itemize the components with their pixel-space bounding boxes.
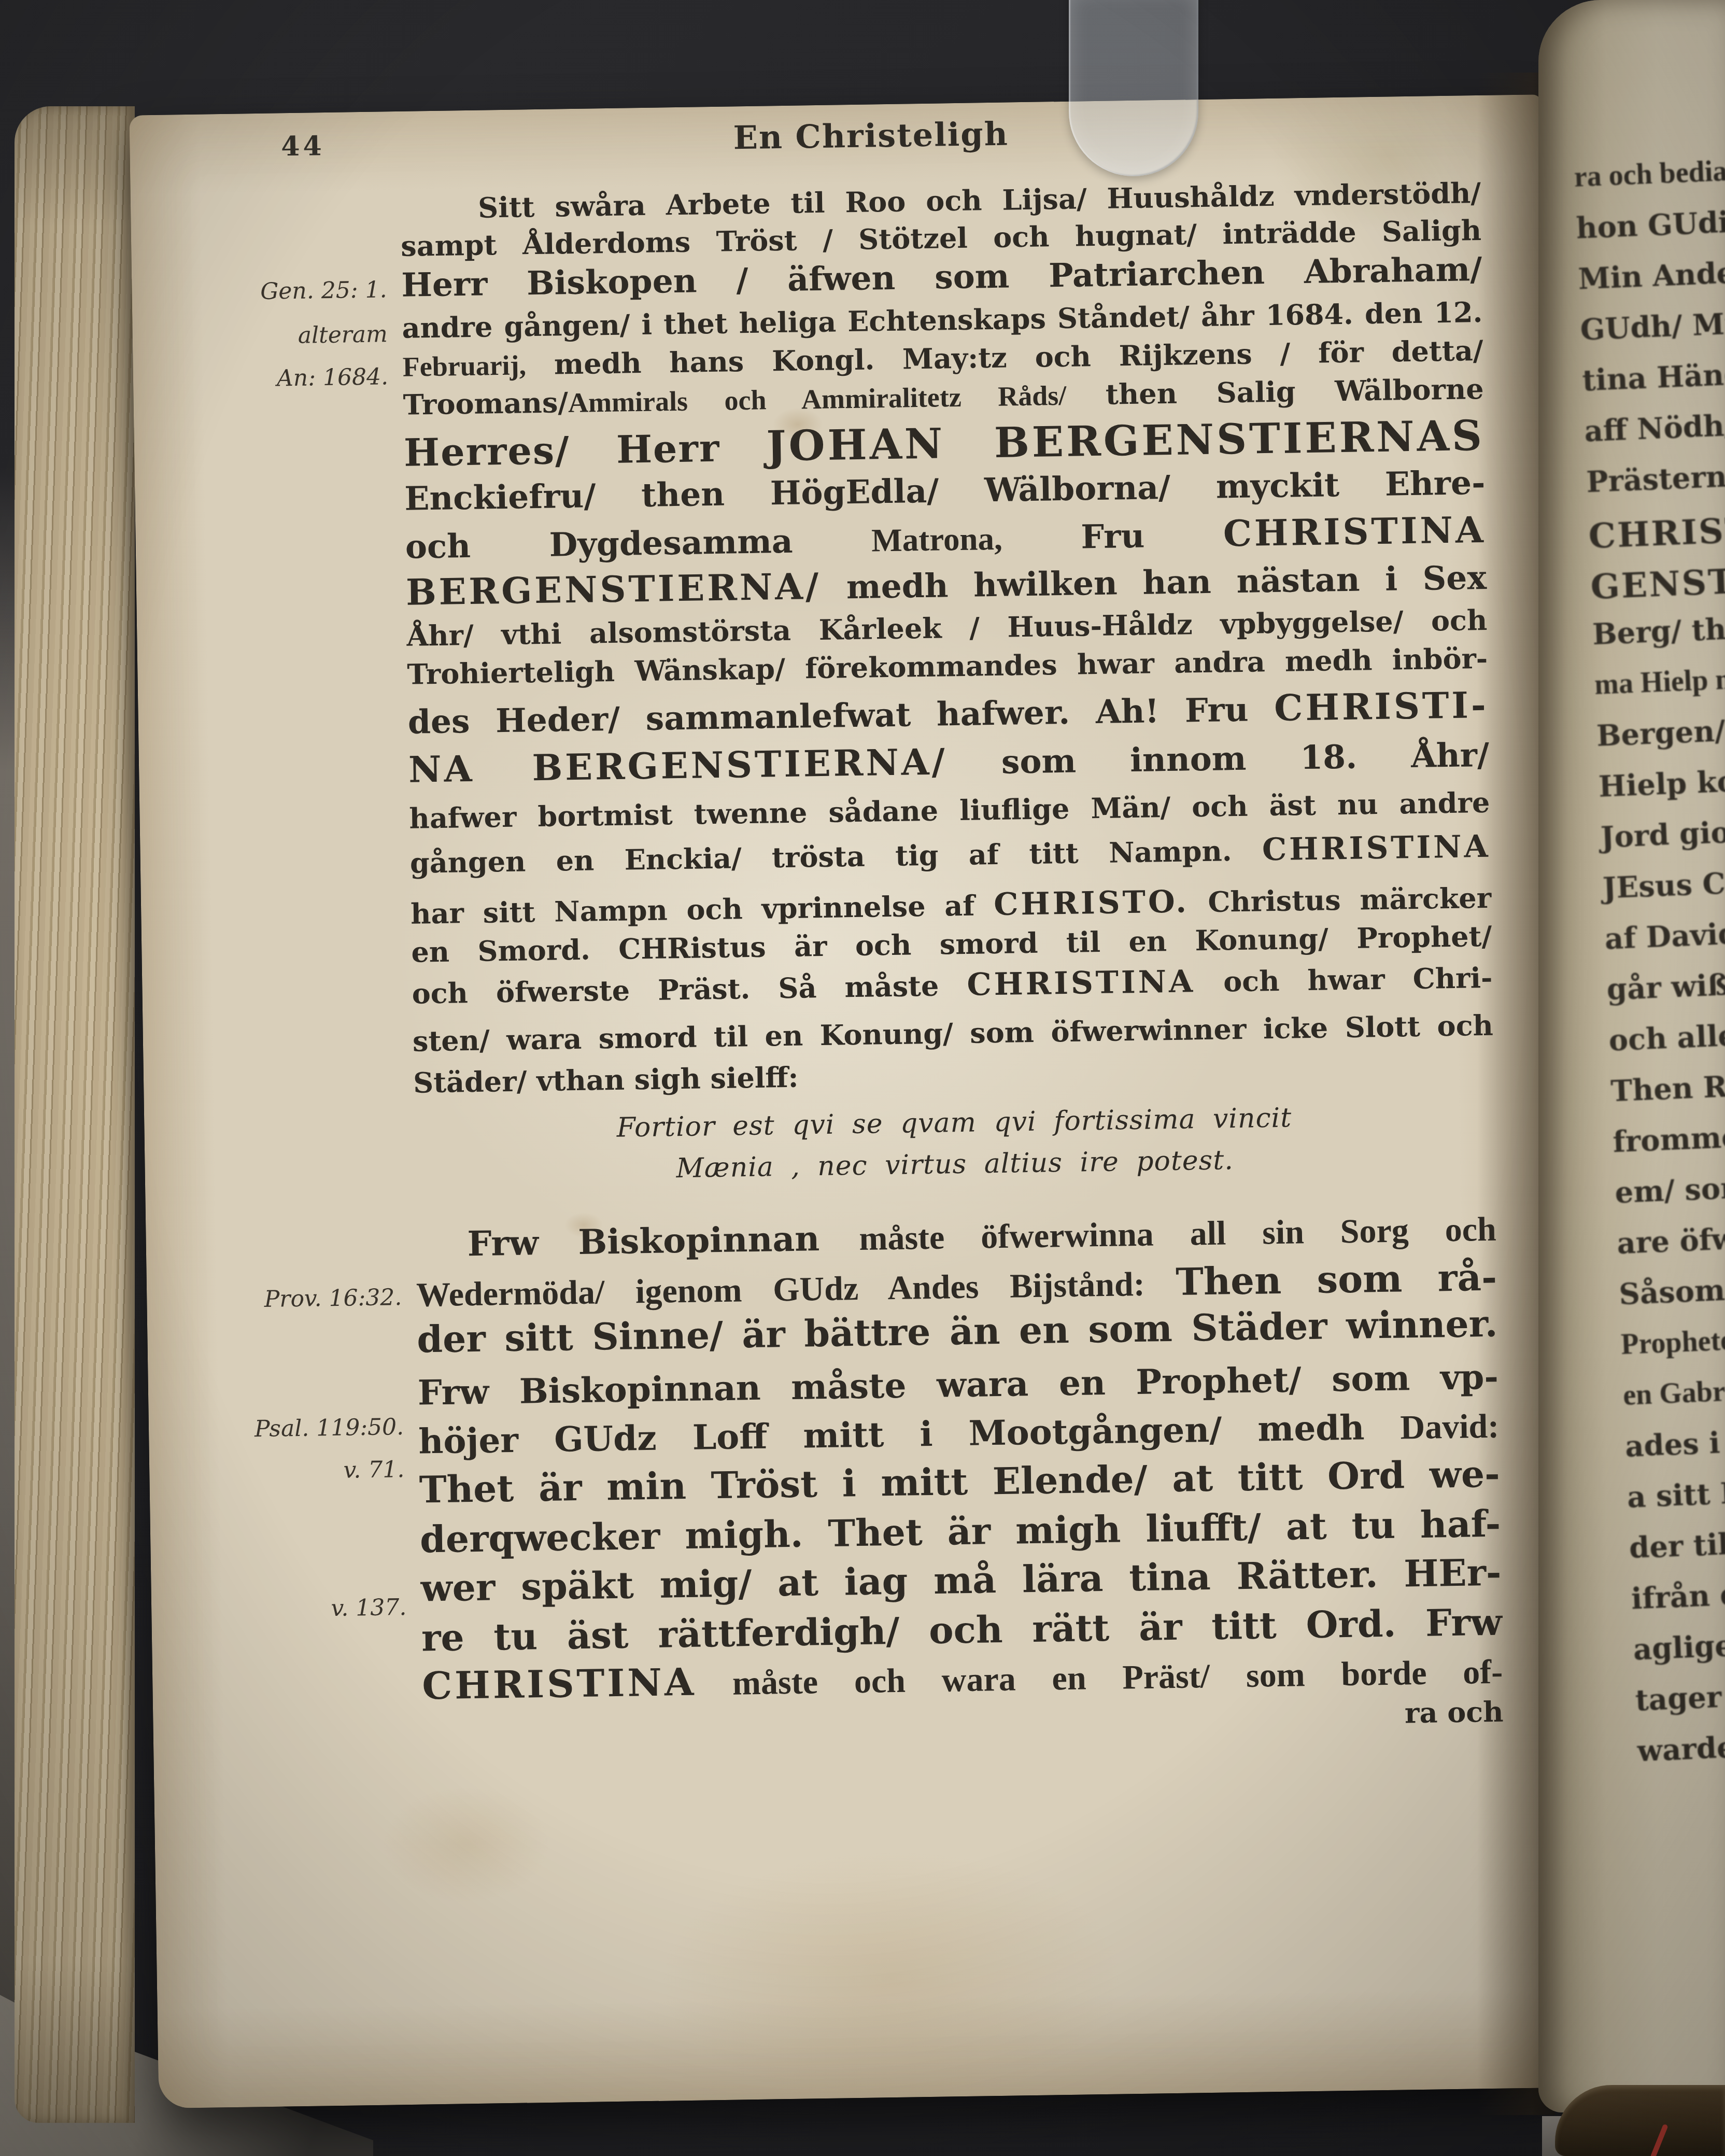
body-text-segment: Fortior est qvi se qvam qvi fortissima v… bbox=[616, 1103, 1292, 1144]
body-text-segment: Christus märcker bbox=[1189, 881, 1491, 919]
recto-line-fragment: ades i Moderlijfwe bbox=[1624, 1418, 1725, 1464]
body-text-segment: sten/ wara smord til en Konung/ som öfwe… bbox=[412, 1009, 1493, 1058]
body-line: Thet är min Tröst i mitt Elende/ at titt… bbox=[419, 1454, 1500, 1511]
body-line: gången en Enckia/ trösta tig af titt Nam… bbox=[409, 829, 1491, 880]
body-text-segment: BERGENSTIERNA/ bbox=[406, 566, 822, 614]
recto-line-fragment: Såsom nu bbox=[1618, 1271, 1725, 1312]
verso-page: 44 En Christeligh Gen. 25: 1.alteramAn: … bbox=[129, 94, 1571, 2108]
recto-line-fragment: ifrån den ene Ähre. S bbox=[1631, 1568, 1725, 1616]
body-line: BERGENSTIERNA/ medh hwilken han nästan i… bbox=[406, 557, 1487, 613]
body-text-segment: och öfwerste Präst. Så måste bbox=[412, 969, 967, 1010]
recto-line-fragment: warder aff Gudi bbox=[1637, 1724, 1725, 1769]
body-text-segment: har sitt Nampn och vprinnelse af bbox=[411, 889, 994, 931]
body-line: Mænia , nec virtus altius ire potest. bbox=[414, 1142, 1495, 1188]
body-line: des Heder/ sammanlefwat hafwer. Ah! Fru … bbox=[407, 685, 1489, 742]
body-text-segment: Ah! Fru bbox=[1095, 690, 1274, 731]
transparent-page-weight bbox=[1069, 0, 1198, 176]
body-text-segment: Wedermöda/ igenom GUdz Andes Bijstånd: bbox=[416, 1265, 1176, 1314]
body-text-segment: Städer/ vthan sigh sielff: bbox=[413, 1061, 799, 1100]
recto-line-fragment: Then Rättferdig bbox=[1610, 1064, 1725, 1108]
leather-cover-corner bbox=[1555, 2085, 1725, 2156]
body-lines: Sitt swåra Arbete til Roo och Lijsa/ Huu… bbox=[129, 94, 1571, 2108]
body-text-segment: Fru bbox=[1002, 515, 1223, 557]
recto-line-fragment: Prästerna sku bbox=[1586, 456, 1725, 500]
body-line: höjer GUdz Loff mitt i Mootgången/ medh … bbox=[418, 1407, 1500, 1462]
recto-line-fragment: hon GUdi således: bbox=[1576, 200, 1725, 246]
body-text-segment: CHRISTINA bbox=[967, 963, 1196, 1003]
recto-line-fragment: CHRISTINA bbox=[1588, 506, 1725, 557]
body-text-segment: CHRISTINA bbox=[1223, 509, 1486, 555]
recto-line-fragment: Hielp kommer ifrå bbox=[1598, 758, 1725, 804]
recto-line-fragment: Propheterne nembd bbox=[1620, 1318, 1725, 1361]
body-line: Frw Biskopinnan måste wara en Prophet/ s… bbox=[417, 1358, 1498, 1413]
recto-line-fragment: och alle Gudfruchtigas bbox=[1608, 1009, 1725, 1058]
recto-line-fragment: are öfwer Isra bbox=[1616, 1218, 1725, 1261]
recto-line-fragment: Berg/ thet är/ GU bbox=[1592, 606, 1725, 652]
body-text-segment: Februarij, bbox=[402, 349, 526, 383]
body-text-segment: re tu äst rättferdigh/ och rätt är titt … bbox=[421, 1600, 1502, 1660]
recto-line-fragment: GENSTIERN bbox=[1590, 557, 1725, 607]
body-text-segment: Ammirals och Ammiralitetz Råds/ bbox=[568, 380, 1067, 418]
body-text-segment: hafwer bortmist twenne sådane liuflige M… bbox=[409, 786, 1490, 835]
book-fore-edge-pages bbox=[15, 106, 135, 2123]
recto-line-fragment: frommom Hiert bbox=[1612, 1115, 1725, 1160]
body-text-segment: Troomans/ bbox=[403, 386, 568, 421]
body-line: re tu äst rättferdigh/ och rätt är titt … bbox=[421, 1602, 1502, 1659]
body-text-segment: måste och wara en Präst/ som borde of- bbox=[696, 1653, 1503, 1703]
recto-line-fragment: tager sigh sielf bbox=[1635, 1674, 1725, 1718]
body-text-segment: Herres/ Herr bbox=[403, 425, 767, 475]
recto-line-fragment: af Davidz Root o bbox=[1604, 911, 1725, 956]
body-line: sten/ wara smord til en Konung/ som öfwe… bbox=[413, 1010, 1494, 1057]
body-text-segment: CHRISTINA bbox=[422, 1660, 697, 1709]
body-line: och Dygdesamma Matrona, Fru CHRISTINA bbox=[405, 510, 1486, 567]
body-text-segment: Thet är min Tröst i mitt Elende/ at titt… bbox=[419, 1452, 1500, 1512]
body-text-segment: Then som rå- bbox=[1176, 1255, 1497, 1304]
body-text-segment: Mænia , nec virtus altius ire potest. bbox=[676, 1145, 1234, 1184]
recto-line-fragment: Bergen/ ifrå hwi bbox=[1596, 709, 1725, 753]
body-line: NA BERGENSTIERNA/ som innom 18. Åhr/ bbox=[408, 734, 1490, 791]
recto-line-fragment: en Gabriel, til en bbox=[1622, 1371, 1725, 1412]
body-line: wer späkt mig/ at iag må lära tina Rätte… bbox=[420, 1552, 1502, 1609]
body-line: Städer/ vthan sigh sielff: bbox=[413, 1051, 1494, 1098]
body-line: och öfwerste Präst. Så måste CHRISTINA o… bbox=[412, 960, 1493, 1010]
recto-line-fragment: tina Händer/ F bbox=[1581, 354, 1725, 398]
body-text-segment: des Heder/ sammanlefwat hafwer. bbox=[407, 693, 1096, 741]
body-text-segment: Frw Biskopinnan måste wara en Prophet/ s… bbox=[417, 1357, 1498, 1413]
body-text-segment: CHRISTO. bbox=[994, 883, 1190, 923]
body-line: Frw Biskopinnan måste öfwerwinna all sin… bbox=[415, 1210, 1496, 1265]
body-text-segment: Matrona, bbox=[871, 520, 1003, 559]
body-text-segment: höjer GUdz Loff mitt i Mootgången/ medh bbox=[418, 1407, 1401, 1462]
body-text-segment: som innom 18. Åhr/ bbox=[947, 736, 1489, 782]
body-text-segment: Frw Biskopinnan bbox=[467, 1218, 859, 1264]
recto-line-fragment: GUdh/ Min GUdi bbox=[1579, 302, 1725, 347]
body-line: derqwecker migh. Thet är migh liufft/ at… bbox=[420, 1503, 1501, 1560]
body-line: hafwer bortmist twenne sådane liuflige M… bbox=[409, 787, 1490, 834]
recto-line-fragment: JEsus Christus/ bbox=[1602, 862, 1725, 906]
body-text-segment: CHRISTINA bbox=[1262, 828, 1491, 868]
body-line: Fortior est qvi se qvam qvi fortissima v… bbox=[414, 1100, 1495, 1146]
recto-line-fragment: a sitt Embete/ förr bbox=[1627, 1469, 1725, 1515]
recto-line-fragment: Jord giordt hafwe bbox=[1600, 809, 1725, 855]
body-text-segment: CHRISTI- bbox=[1274, 684, 1489, 729]
body-text-segment: och hwar Chri- bbox=[1195, 961, 1493, 998]
recto-line-fragment: der til; och såsom wä bbox=[1629, 1517, 1725, 1566]
body-text-segment: JOHAN BERGENSTIERNAS bbox=[766, 411, 1485, 471]
recto-line-fragment: aff Nödh/ Jagh n bbox=[1583, 404, 1725, 449]
body-text-segment: gången en Enckia/ trösta tig af titt Nam… bbox=[409, 834, 1262, 879]
recto-line-fragment: går wißerliga medh bbox=[1606, 960, 1725, 1007]
recto-line-fragment: em/ som god bbox=[1614, 1167, 1725, 1210]
recto-lines: ra och bedia. Alt fhon GUdi således:Min … bbox=[1570, 50, 1725, 2112]
recto-page-sliver: ra och bedia. Alt fhon GUdi således:Min … bbox=[1538, 0, 1725, 2112]
recto-line-fragment: ma Hielp medh David bbox=[1594, 657, 1725, 701]
body-text-segment: medh hwilken han nästan i Sex bbox=[821, 558, 1487, 607]
recto-line-fragment: agligen: Altså förwänte bbox=[1633, 1617, 1725, 1667]
body-text-segment: och Dygdesamma bbox=[405, 520, 872, 566]
body-text-segment: NA BERGENSTIERNA/ bbox=[408, 741, 948, 791]
body-text-segment: then Salig Wälborne bbox=[1066, 372, 1484, 412]
book-photo: { "photo": { "background_color": "#24242… bbox=[0, 0, 1725, 2156]
body-text-segment: måste öfwerwinna all sin Sorg och bbox=[859, 1210, 1496, 1258]
body-text-segment: wer späkt mig/ at iag må lära tina Rätte… bbox=[420, 1551, 1502, 1610]
recto-line-fragment: Min Ande L bbox=[1577, 255, 1725, 296]
recto-line-fragment: ra och bedia. Alt f bbox=[1574, 152, 1725, 194]
